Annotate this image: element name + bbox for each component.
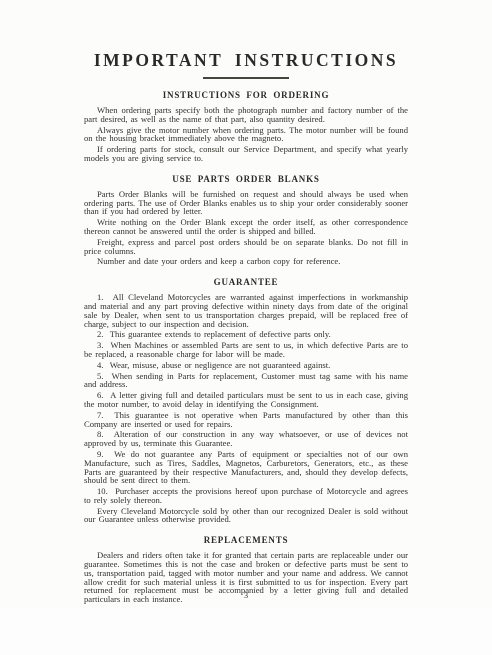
paragraph: Freight, express and parcel post orders … — [84, 238, 408, 256]
paragraph: 1. All Cleveland Motorcycles are warrant… — [84, 293, 408, 328]
page-title: IMPORTANT INSTRUCTIONS — [84, 50, 408, 71]
paper-bottom-edge — [0, 608, 492, 655]
paragraph: 4. Wear, misuse, abuse or negligence are… — [84, 361, 408, 370]
paragraph: If ordering parts for stock, consult our… — [84, 145, 408, 163]
title-rule — [203, 77, 289, 79]
paragraph: 7. This guarantee is not operative when … — [84, 411, 408, 429]
paragraph: Write nothing on the Order Blank except … — [84, 218, 408, 236]
paragraph: 9. We do not guarantee any Parts of equi… — [84, 450, 408, 485]
section-heading: INSTRUCTIONS FOR ORDERING — [84, 90, 408, 100]
paragraph: 6. A letter giving full and detailed par… — [84, 391, 408, 409]
paragraph: 5. When sending in Parts for replacement… — [84, 372, 408, 390]
paragraph: 10. Purchaser accepts the provisions her… — [84, 487, 408, 505]
paragraph: Parts Order Blanks will be furnished on … — [84, 190, 408, 216]
section-heading: REPLACEMENTS — [84, 535, 408, 545]
paragraph: 8. Alteration of our construction in any… — [84, 430, 408, 448]
paragraph: 2. This guarantee extends to replacement… — [84, 330, 408, 339]
section-heading: USE PARTS ORDER BLANKS — [84, 174, 408, 184]
section-heading: GUARANTEE — [84, 277, 408, 287]
paragraph: Every Cleveland Motorcycle sold by other… — [84, 507, 408, 525]
page-number: 3 — [0, 590, 492, 600]
document-page: IMPORTANT INSTRUCTIONS INSTRUCTIONS FOR … — [0, 0, 492, 655]
document-body: INSTRUCTIONS FOR ORDERINGWhen ordering p… — [84, 90, 408, 604]
paragraph: Number and date your orders and keep a c… — [84, 257, 408, 266]
paragraph: 3. When Machines or assembled Parts are … — [84, 341, 408, 359]
paragraph: Always give the motor number when orderi… — [84, 126, 408, 144]
paragraph: When ordering parts specify both the pho… — [84, 106, 408, 124]
